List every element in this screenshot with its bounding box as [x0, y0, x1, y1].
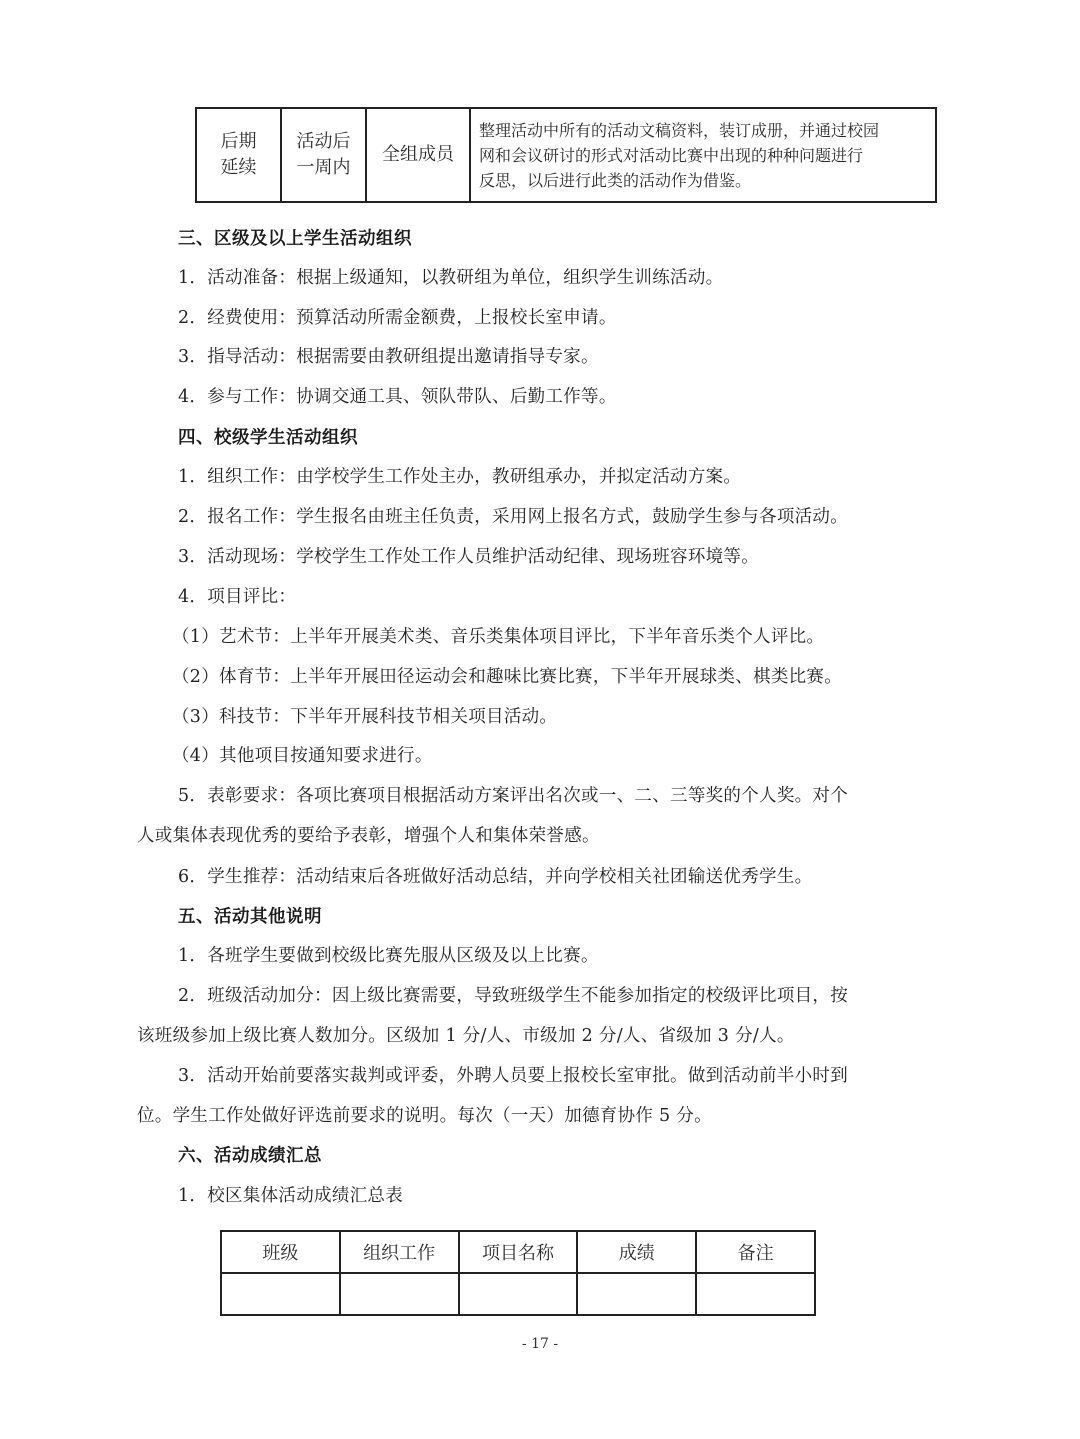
score-summary-table: 班级 组织工作 项目名称 成绩 备注 — [220, 1230, 816, 1316]
list-item: 4．项目评比： — [178, 585, 296, 609]
activity-plan-table-continued: 后期 延续 活动后 一周内 全组成员 整理活动中所有的活动文稿资料，装订成册，并… — [195, 107, 937, 203]
table-cell — [459, 1273, 578, 1315]
table-row — [221, 1273, 815, 1315]
sub-list-item: （2）体育节：上半年开展田径运动会和趣味比赛比赛，下半年开展球类、棋类比赛。 — [172, 665, 842, 689]
phase-cell: 后期 延续 — [196, 108, 281, 202]
description-cell: 整理活动中所有的活动文稿资料，装订成册，并通过校园 网和会议研讨的形式对活动比赛… — [470, 108, 936, 202]
sub-list-item: （3）科技节：下半年开展科技节相关项目活动。 — [172, 705, 557, 729]
responsible-cell: 全组成员 — [366, 108, 470, 202]
list-item: 1．活动准备：根据上级通知，以教研组为单位，组织学生训练活动。 — [178, 266, 723, 290]
list-item: 1．校区集体活动成绩汇总表 — [178, 1184, 403, 1208]
list-item-continued: 人或集体表现优秀的要给予表彰，增强个人和集体荣誉感。 — [137, 824, 600, 848]
list-item: 5．表彰要求：各项比赛项目根据活动方案评出名次或一、二、三等奖的个人奖。对个 — [178, 784, 848, 808]
header-project-name: 项目名称 — [459, 1231, 578, 1273]
list-item: 6．学生推荐：活动结束后各班做好活动总结，并向学校相关社团输送优秀学生。 — [178, 865, 812, 889]
list-item-continued: 位。学生工作处做好评选前要求的说明。每次（一天）加德育协作 5 分。 — [137, 1104, 712, 1128]
header-class: 班级 — [221, 1231, 340, 1273]
list-item: 4．参与工作：协调交通工具、领队带队、后勤工作等。 — [178, 385, 617, 409]
list-item: 1．组织工作：由学校学生工作处主办，教研组承办，并拟定活动方案。 — [178, 465, 741, 489]
list-item: 3．指导活动：根据需要由教研组提出邀请指导专家。 — [178, 345, 599, 369]
time-cell: 活动后 一周内 — [281, 108, 366, 202]
list-item: 3．活动现场：学校学生工作处工作人员维护活动纪律、现场班容环境等。 — [178, 545, 759, 569]
section-heading: 六、活动成绩汇总 — [178, 1144, 322, 1168]
header-organization: 组织工作 — [340, 1231, 459, 1273]
section-heading: 五、活动其他说明 — [178, 905, 322, 929]
section-heading: 四、校级学生活动组织 — [178, 426, 358, 450]
table-row: 后期 延续 活动后 一周内 全组成员 整理活动中所有的活动文稿资料，装订成册，并… — [196, 108, 936, 202]
header-remarks: 备注 — [696, 1231, 815, 1273]
list-item: 2．报名工作：学生报名由班主任负责，采用网上报名方式，鼓励学生参与各项活动。 — [178, 505, 848, 529]
page-number: - 17 - — [0, 1336, 1080, 1352]
list-item: 2．班级活动加分：因上级比赛需要，导致班级学生不能参加指定的校级评比项目，按 — [178, 984, 848, 1008]
table-cell — [696, 1273, 815, 1315]
section-heading: 三、区级及以上学生活动组织 — [178, 227, 412, 251]
sub-list-item: （1）艺术节：上半年开展美术类、音乐类集体项目评比，下半年音乐类个人评比。 — [172, 625, 824, 649]
table-cell — [221, 1273, 340, 1315]
table-cell — [340, 1273, 459, 1315]
list-item: 2．经费使用：预算活动所需金额费，上报校长室申请。 — [178, 306, 617, 330]
list-item-continued: 该班级参加上级比赛人数加分。区级加 1 分/人、市级加 2 分/人、省级加 3 … — [137, 1024, 795, 1048]
list-item: 1．各班学生要做到校级比赛先服从区级及以上比赛。 — [178, 944, 599, 968]
table-cell — [577, 1273, 696, 1315]
table-header-row: 班级 组织工作 项目名称 成绩 备注 — [221, 1231, 815, 1273]
list-item: 3．活动开始前要落实裁判或评委，外聘人员要上报校长室审批。做到活动前半小时到 — [178, 1064, 848, 1088]
header-score: 成绩 — [577, 1231, 696, 1273]
sub-list-item: （4）其他项目按通知要求进行。 — [172, 744, 433, 768]
